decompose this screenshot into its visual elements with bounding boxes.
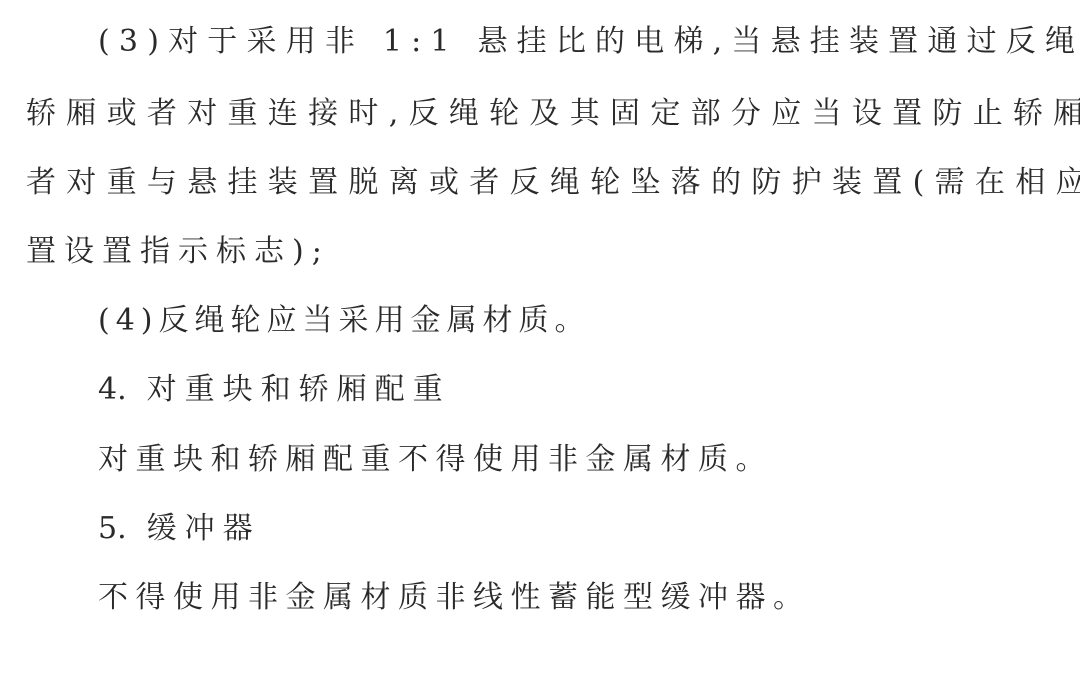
- paragraph-3-line-4: 置设置指示标志);: [26, 232, 330, 272]
- section-5-body: 不得使用非金属材质非线性蓄能型缓冲器。: [98, 578, 811, 618]
- paragraph-3-line-3: 者对重与悬挂装置脱离或者反绳轮坠落的防护装置(需在相应位: [26, 163, 1080, 203]
- section-4-body: 对重块和轿厢配重不得使用非金属材质。: [98, 440, 773, 480]
- section-4-heading-row: 4.对重块和轿厢配重: [98, 370, 451, 410]
- paragraph-3-line-2: 轿厢或者对重连接时,反绳轮及其固定部分应当设置防止轿厢或: [26, 94, 1080, 134]
- paragraph-3-line-1: (3)对于采用非 1:1 悬挂比的电梯,当悬挂装置通过反绳轮与: [98, 22, 1080, 62]
- section-5-number: 5.: [98, 511, 127, 546]
- section-5-heading-row: 5.缓冲器: [98, 509, 261, 549]
- section-5-heading: 缓冲器: [147, 511, 261, 546]
- section-4-heading: 对重块和轿厢配重: [147, 372, 451, 407]
- paragraph-4: (4)反绳轮应当采用金属材质。: [98, 301, 591, 341]
- section-4-number: 4.: [98, 372, 127, 407]
- document-page: (3)对于采用非 1:1 悬挂比的电梯,当悬挂装置通过反绳轮与 轿厢或者对重连接…: [0, 0, 1080, 676]
